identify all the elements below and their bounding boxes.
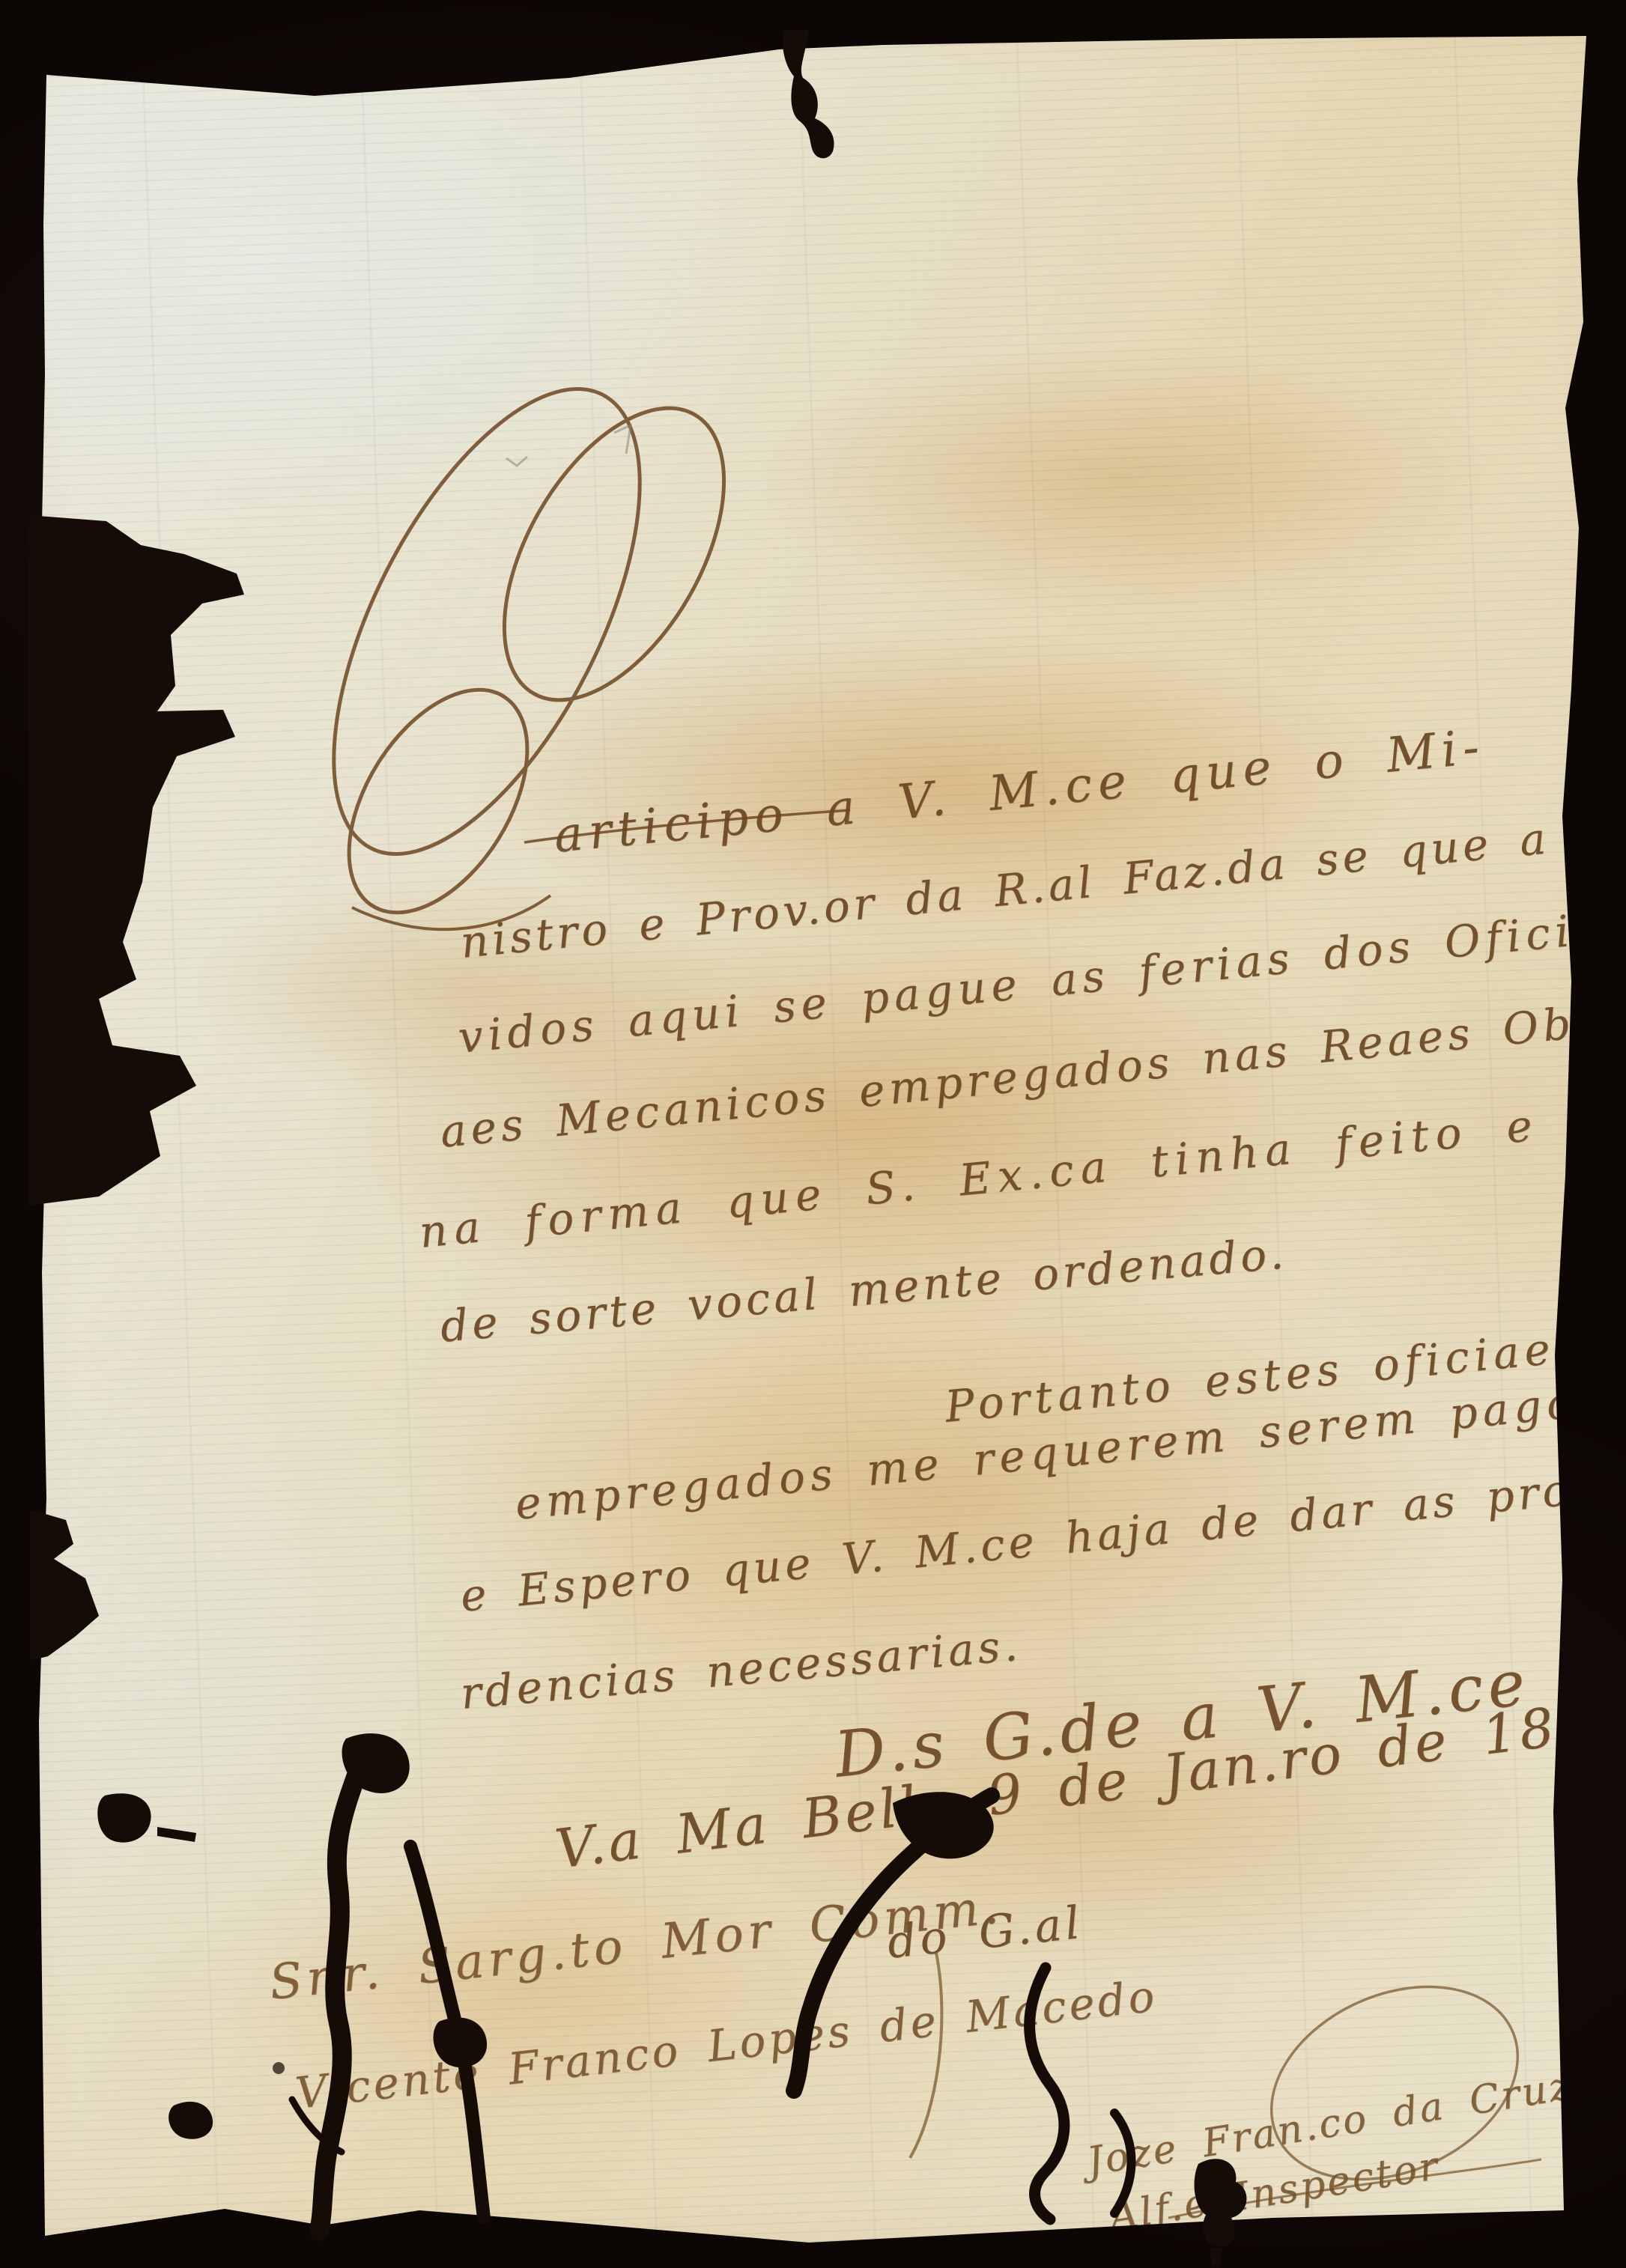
body-line: de sorte vocal mente ordenado. (438, 1227, 1289, 1352)
body-line: rdencias necessarias. (458, 1620, 1023, 1719)
paper-sheet: articipo a V. M.ce que o Mi- nistro e Pr… (0, 0, 1626, 2268)
photo-of-manuscript: articipo a V. M.ce que o Mi- nistro e Pr… (0, 0, 1626, 2268)
addressee-line: Snr. Sarg.to Mor Comm. (267, 1879, 1005, 2010)
